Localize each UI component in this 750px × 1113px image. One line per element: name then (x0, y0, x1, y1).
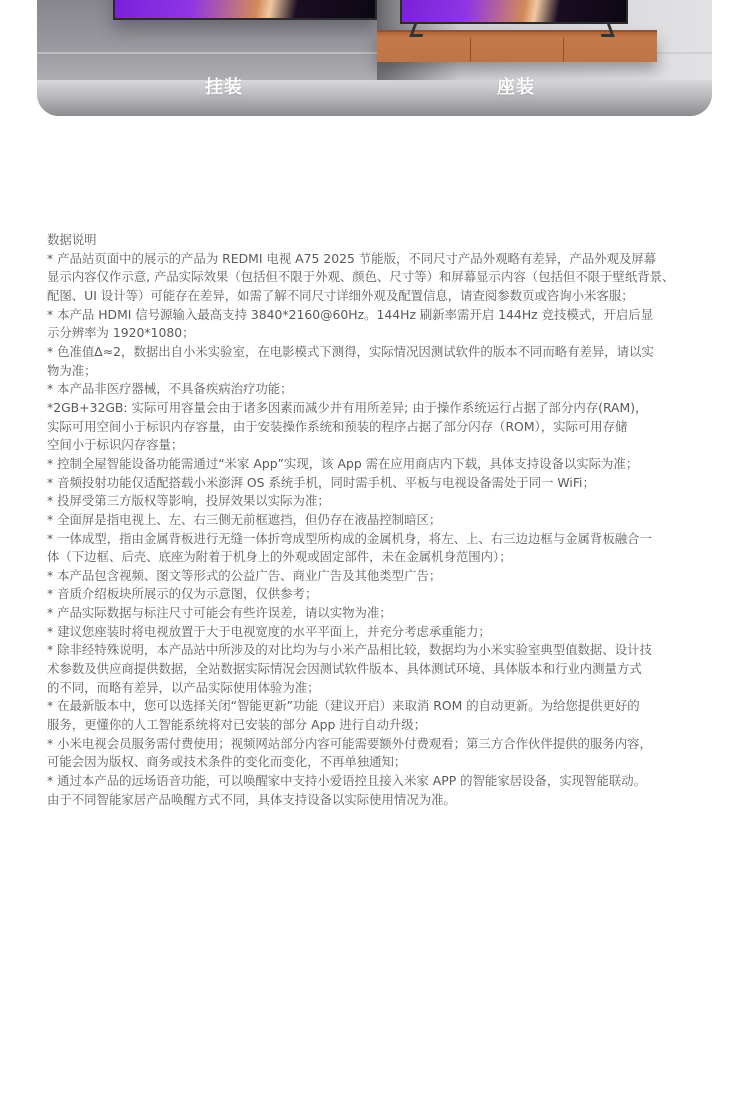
note-line: 示分辨率为 1920*1080； (47, 324, 707, 343)
installation-image-panel: 挂装 座装 (37, 0, 712, 116)
floor-background (37, 80, 712, 116)
data-notes-title: 数据说明 (47, 231, 707, 250)
note-line: 物为准； (47, 362, 707, 381)
note-line: * 全面屏是指电视上、左、右三侧无前框遮挡，但仍存在液晶控制暗区； (47, 511, 707, 530)
note-line: * 除非经特殊说明，本产品站中所涉及的对比均为与小米产品相比较，数据均为小米实验… (47, 641, 707, 660)
note-line: * 小米电视会员服务需付费使用；视频网站部分内容可能需要额外付费观看；第三方合作… (47, 735, 707, 754)
note-line: 由于不同智能家居产品唤醒方式不同，具体支持设备以实际使用情况为准。 (47, 791, 707, 810)
note-line: * 本产品 HDMI 信号源输入最高支持 3840*2160@60Hz。144H… (47, 306, 707, 325)
note-line: * 音质介绍板块所展示的仅为示意图，仅供参考； (47, 585, 707, 604)
note-line: * 音频投射功能仅适配搭载小米澎湃 OS 系统手机，同时需手机、平板与电视设备需… (47, 474, 707, 493)
note-line: * 在最新版本中，您可以选择关闭“智能更新”功能（建议开启）来取消 ROM 的自… (47, 697, 707, 716)
cabinet-divider (563, 38, 564, 62)
note-line: * 建议您座装时将电视放置于大于电视宽度的水平平面上，并充分考虑承重能力； (47, 623, 707, 642)
note-line: * 产品站页面中的展示的产品为 REDMI 电视 A75 2025 节能版，不同… (47, 250, 707, 269)
note-line: * 控制全屋智能设备功能需通过“米家 App”实现，该 App 需在应用商店内下… (47, 455, 707, 474)
stand-mounted-tv-image (400, 0, 628, 24)
note-line: * 投屏受第三方版权等影响，投屏效果以实际为准； (47, 492, 707, 511)
note-line: 可能会因为版权、商务或技术条件的变化而变化，不再单独通知； (47, 753, 707, 772)
wall-mount-label: 挂装 (205, 73, 243, 99)
note-line: * 本产品非医疗器械，不具备疾病治疗功能； (47, 380, 707, 399)
note-line: 空间小于标识闪存容量； (47, 436, 707, 455)
note-line: 显示内容仅作示意, 产品实际效果（包括但不限于外观、颜色、尺寸等）和屏幕显示内容… (47, 268, 707, 287)
note-line: * 色准值Δ≈2，数据出自小米实验室，在电影模式下测得，实际情况因测试软件的版本… (47, 343, 707, 362)
wall-mounted-tv-image (113, 0, 377, 20)
note-line: 术参数及供应商提供数据，全站数据实际情况会因测试软件版本、具体测试环境、具体版本… (47, 660, 707, 679)
note-line: 服务，更懂你的人工智能系统将对已安装的部分 App 进行自动升级； (47, 716, 707, 735)
note-line: * 产品实际数据与标注尺寸可能会有些许误差，请以实物为准； (47, 604, 707, 623)
cabinet-divider (470, 38, 471, 62)
note-line: *2GB+32GB: 实际可用容量会由于诸多因素而减少并有用所差异; 由于操作系… (47, 399, 707, 418)
note-line: * 本产品包含视频、图文等形式的公益广告、商业广告及其他类型广告； (47, 567, 707, 586)
note-line: 配图、UI 设计等）可能存在差异，如需了解不同尺寸详细外观及配置信息，请查阅参数… (47, 287, 707, 306)
note-line: 体（下边框、后壳、底座为附着于机身上的外观或固定部件，未在金属机身范围内）； (47, 548, 707, 567)
note-line: * 一体成型，指由金属背板进行无缝一体折弯成型所构成的金属机身，将左、上、右三边… (47, 530, 707, 549)
note-line: * 通过本产品的远场语音功能，可以唤醒家中支持小爱语控且接入米家 APP 的智能… (47, 772, 707, 791)
stand-mount-label: 座装 (497, 73, 535, 99)
note-line: 的不同，而略有差异，以产品实际使用体验为准； (47, 679, 707, 698)
data-notes-section: 数据说明 * 产品站页面中的展示的产品为 REDMI 电视 A75 2025 节… (47, 231, 707, 809)
note-line: 实际可用空间小于标识内存容量，由于安装操作系统和预装的程序占据了部分闪存（ROM… (47, 418, 707, 437)
